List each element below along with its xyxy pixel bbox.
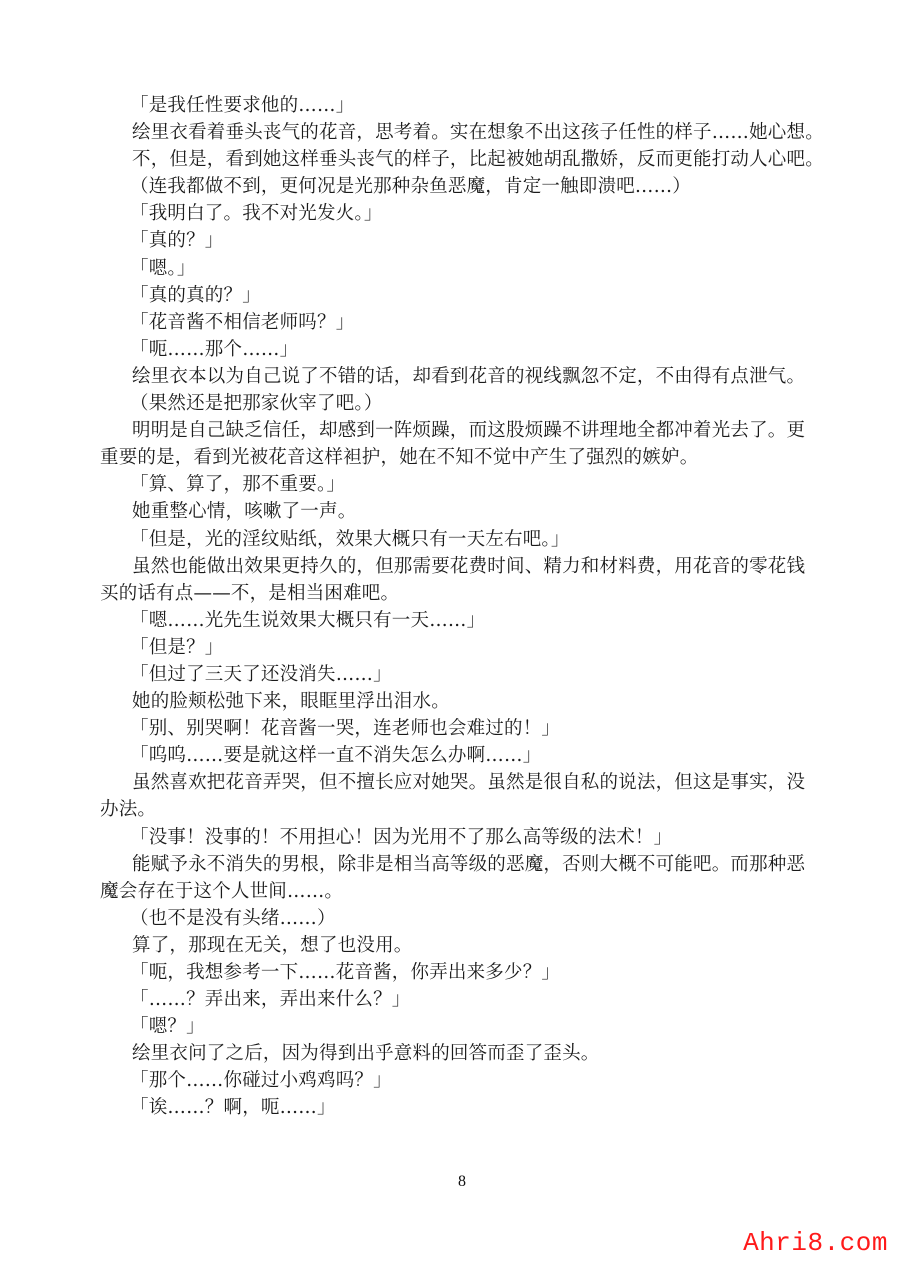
text-line: 办法。	[100, 796, 810, 823]
text-line: 虽然喜欢把花音弄哭，但不擅长应对她哭。虽然是很自私的说法，但这是事实，没	[130, 769, 810, 796]
text-line: 「花音酱不相信老师吗？」	[130, 309, 810, 336]
text-line: 「但是，光的淫纹贴纸，效果大概只有一天左右吧。」	[130, 526, 810, 553]
text-line: 买的话有点——不，是相当困难吧。	[100, 580, 810, 607]
page-number: 8	[458, 1173, 466, 1191]
text-line: 「真的真的？」	[130, 282, 810, 309]
text-line: 她重整心情，咳嗽了一声。	[130, 498, 810, 525]
text-line: 她的脸颊松弛下来，眼眶里浮出泪水。	[130, 688, 810, 715]
text-line: 「呃，我想参考一下……花音酱，你弄出来多少？」	[130, 959, 810, 986]
text-line: 「那个……你碰过小鸡鸡吗？」	[130, 1067, 810, 1094]
text-line: 魔会存在于这个人世间……。	[100, 878, 810, 905]
text-line: 「是我任性要求他的……」	[130, 92, 810, 119]
text-line: 明明是自己缺乏信任，却感到一阵烦躁，而这股烦躁不讲理地全都冲着光去了。更	[130, 417, 810, 444]
text-line: 「嗯……光先生说效果大概只有一天……」	[130, 607, 810, 634]
text-line: 「算、算了，那不重要。」	[130, 471, 810, 498]
text-line: 能赋予永不消失的男根，除非是相当高等级的恶魔，否则大概不可能吧。而那种恶	[130, 851, 810, 878]
text-line: 虽然也能做出效果更持久的，但那需要花费时间、精力和材料费，用花音的零花钱	[130, 553, 810, 580]
text-line: 「真的？」	[130, 227, 810, 254]
text-line: （也不是没有头绪……）	[130, 905, 810, 932]
text-line: 不，但是，看到她这样垂头丧气的样子，比起被她胡乱撒娇，反而更能打动人心吧。	[130, 146, 810, 173]
page-body: 「是我任性要求他的……」 绘里衣看着垂头丧气的花音，思考着。实在想象不出这孩子任…	[130, 92, 810, 1122]
text-line: （果然还是把那家伙宰了吧。）	[130, 390, 810, 417]
text-line: 「呃……那个……」	[130, 336, 810, 363]
text-line: 「嗯。」	[130, 255, 810, 282]
text-line: 「……？弄出来，弄出来什么？」	[130, 986, 810, 1013]
text-line: 绘里衣问了之后，因为得到出乎意料的回答而歪了歪头。	[130, 1040, 810, 1067]
text-line: 算了，那现在无关，想了也没用。	[130, 932, 810, 959]
text-line: 「我明白了。我不对光发火。」	[130, 200, 810, 227]
text-line: 「呜呜……要是就这样一直不消失怎么办啊……」	[130, 742, 810, 769]
text-line: （连我都做不到，更何况是光那种杂鱼恶魔，肯定一触即溃吧……）	[130, 173, 810, 200]
text-line: 「但过了三天了还没消失……」	[130, 661, 810, 688]
text-line: 「诶……？啊，呃……」	[130, 1094, 810, 1121]
text-line: 「别、别哭啊！花音酱一哭，连老师也会难过的！」	[130, 715, 810, 742]
text-line: 重要的是，看到光被花音这样袒护，她在不知不觉中产生了强烈的嫉妒。	[100, 444, 810, 471]
text-line: 绘里衣看着垂头丧气的花音，思考着。实在想象不出这孩子任性的样子……她心想。	[130, 119, 810, 146]
text-line: 「嗯？」	[130, 1013, 810, 1040]
text-line: 「但是？」	[130, 634, 810, 661]
text-line: 「没事！没事的！不用担心！因为光用不了那么高等级的法术！」	[130, 824, 810, 851]
watermark: Ahri8.com	[743, 1228, 888, 1258]
text-line: 绘里衣本以为自己说了不错的话，却看到花音的视线飘忽不定，不由得有点泄气。	[130, 363, 810, 390]
